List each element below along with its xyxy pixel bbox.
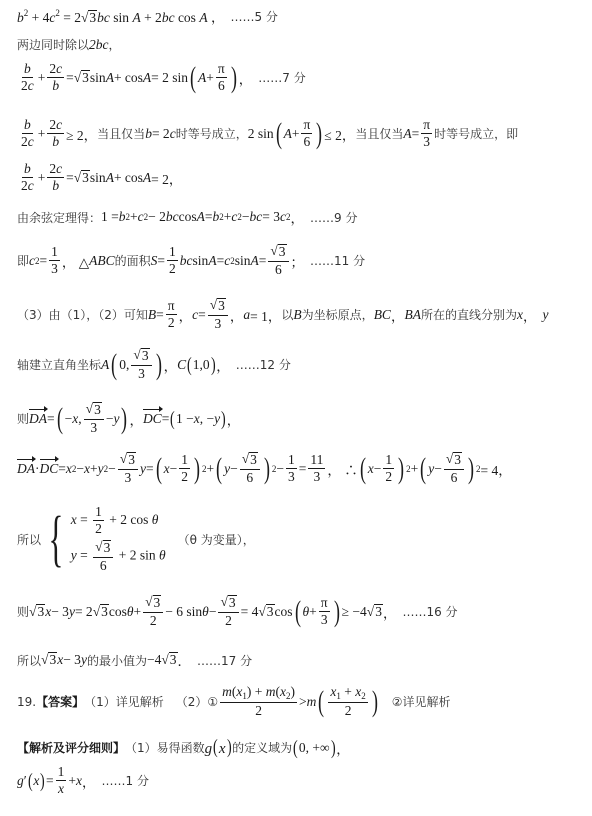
math-expr: 2bc bbox=[89, 37, 109, 53]
score-note: ……5 分 bbox=[230, 8, 277, 25]
text: 的面积 bbox=[115, 252, 151, 269]
text: （θ 为变量）， bbox=[178, 531, 255, 548]
score-note: ……12 分 bbox=[236, 356, 291, 373]
text: 为坐标原点， bbox=[302, 306, 374, 323]
question-number: 19. bbox=[17, 695, 36, 709]
text: 由余弦定理得： bbox=[17, 209, 101, 226]
equation-line-10: 则 DA = (−x, √33 − y)， DC = (1 − x, −y)， bbox=[17, 402, 240, 435]
text: 以 bbox=[281, 306, 293, 323]
text: ②详见解析 bbox=[392, 693, 451, 710]
solution-line: 【解析及评分细则】 （1）易得函数 g(x) 的定义域为 (0, +∞)， bbox=[17, 737, 350, 758]
fraction: 2cb bbox=[47, 62, 64, 93]
text: 时等号成立，即 bbox=[434, 125, 518, 142]
text: 当且仅当 bbox=[355, 125, 403, 142]
score-note: ……1 分 bbox=[102, 772, 149, 789]
text: 时等号成立， bbox=[176, 125, 248, 142]
score-note: ……16 分 bbox=[402, 603, 457, 620]
equation-line-17: g′(x) = 1x + x， ……1 分 bbox=[17, 765, 149, 796]
equation-line-4: b2c+ 2cb ≥ 2， 当且仅当 b = 2c 时等号成立， 2 sin(A… bbox=[17, 118, 518, 149]
text: （1）详见解析 bbox=[84, 693, 164, 710]
score-note: ……9 分 bbox=[310, 209, 357, 226]
text: 即 bbox=[17, 252, 29, 269]
text: （2）① bbox=[176, 693, 218, 710]
solution-tag: 【解析及评分细则】 bbox=[17, 739, 125, 756]
text: 所在的直线分别为 bbox=[421, 306, 517, 323]
text: 的最小值为 bbox=[87, 652, 147, 669]
text: （1）易得函数 bbox=[125, 739, 205, 756]
equation-line-1: b2 + 4c2 = 2√3bc sin A + 2bc cos A ， ……5… bbox=[17, 6, 278, 26]
equation-line-13: 则 √3x − 3y = 2√3 cos θ + √32 − 6 sin θ −… bbox=[17, 595, 458, 628]
text: 两边同时除以 bbox=[17, 36, 89, 53]
score-note: ……17 分 bbox=[197, 652, 252, 669]
text: 所以 bbox=[17, 652, 41, 669]
text: （3）由（1），（2）可知 bbox=[17, 306, 148, 323]
text: 所以 bbox=[17, 531, 41, 548]
answer-tag: 【答案】 bbox=[36, 693, 84, 710]
text: 轴建立直角坐标 bbox=[17, 356, 101, 373]
text: 当且仅当 bbox=[97, 125, 145, 142]
score-note: ……7 分 bbox=[258, 69, 305, 86]
text: 则 bbox=[17, 410, 29, 427]
equation-line-8: （3）由（1），（2）可知 B = π2， c = √33， a = 1，以 B… bbox=[17, 298, 548, 331]
equation-line-14: 所以 √3x − 3y 的最小值为 −4√3． ……17 分 bbox=[17, 650, 252, 670]
equation-line-6: 由余弦定理得： 1 = b2 + c2 − 2bc cos A = b2 + c… bbox=[17, 207, 357, 227]
equation-line-12: 所以 { x = 12 + 2 cos θ y = √36 + 2 sin θ … bbox=[17, 505, 255, 573]
equation-line-9: 轴建立直角坐标 A(0, √33)， C(1,0)， ……12 分 bbox=[17, 348, 291, 381]
equation-line-3: b2c+ 2cb = √3 sin A + cos A = 2 sin (A +… bbox=[17, 62, 306, 93]
math-expr: b2 + 4c2 = 2√3bc sin A + 2bc cos A ， bbox=[17, 6, 224, 26]
fraction: b2c bbox=[19, 62, 36, 93]
equation-line-7: 即 c2 = 13， △ABC 的面积 S = 12bc sin A = c2 … bbox=[17, 244, 365, 277]
answer-line-19: 19. 【答案】 （1）详见解析 （2）① m(x1) + m(x2)2 > m… bbox=[17, 685, 451, 719]
text: 的定义域为 bbox=[232, 739, 292, 756]
score-note: ……11 分 bbox=[310, 252, 365, 269]
equation-line-5: b2c+ 2cb = √3 sin A + cos A = 2， bbox=[17, 162, 182, 193]
text-line-2: 两边同时除以2bc， bbox=[17, 36, 121, 53]
equation-line-11: DA·DC = x2 − x + y2 − √33y = (x − 12)2 +… bbox=[17, 452, 512, 485]
text: 则 bbox=[17, 603, 29, 620]
